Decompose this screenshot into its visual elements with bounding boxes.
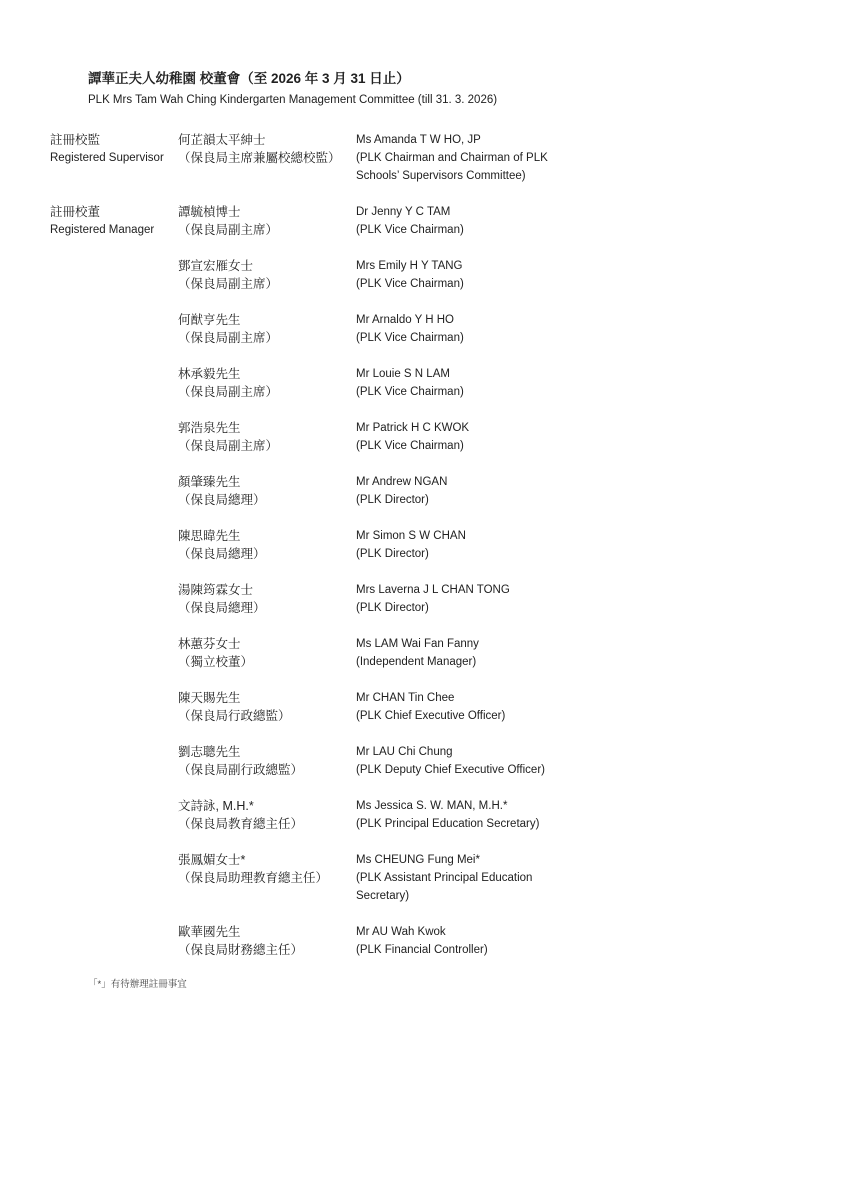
member-post-chinese: （保良局副主席） <box>178 329 356 347</box>
member-english-column: Mrs Laverna J L CHAN TONG(PLK Director) <box>356 581 556 617</box>
member-row: 顏肇臻先生（保良局總理）Mr Andrew NGAN(PLK Director) <box>50 473 790 509</box>
member-post-english: (PLK Vice Chairman) <box>356 383 556 401</box>
member-row: 郭浩泉先生（保良局副主席）Mr Patrick H C KWOK(PLK Vic… <box>50 419 790 455</box>
member-row: 鄧宣宏雁女士（保良局副主席）Mrs Emily H Y TANG(PLK Vic… <box>50 257 790 293</box>
member-post-chinese: （保良局副行政總監） <box>178 761 356 779</box>
member-name-chinese: 何芷韻太平紳士 <box>178 131 356 149</box>
member-english-column: Mr Patrick H C KWOK(PLK Vice Chairman) <box>356 419 556 455</box>
member-row: 何猷亨先生（保良局副主席）Mr Arnaldo Y H HO(PLK Vice … <box>50 311 790 347</box>
member-row: 註冊校董Registered Manager譚毓楨博士（保良局副主席）Dr Je… <box>50 203 790 239</box>
member-chinese-column: 張鳳媚女士*（保良局助理教育總主任） <box>178 851 356 887</box>
member-chinese-column: 顏肇臻先生（保良局總理） <box>178 473 356 509</box>
member-english-column: Mr CHAN Tin Chee(PLK Chief Executive Off… <box>356 689 556 725</box>
member-role-column: 註冊校董Registered Manager <box>50 203 178 239</box>
member-name-english: Ms Amanda T W HO, JP <box>356 131 556 149</box>
member-post-chinese: （保良局總理） <box>178 545 356 563</box>
document-page: 譚華正夫人幼稚園 校董會（至 2026 年 3 月 31 日止） PLK Mrs… <box>0 0 842 1191</box>
member-post-chinese: （保良局副主席） <box>178 383 356 401</box>
member-row: 文詩詠, M.H.*（保良局教育總主任）Ms Jessica S. W. MAN… <box>50 797 790 833</box>
member-english-column: Dr Jenny Y C TAM(PLK Vice Chairman) <box>356 203 556 239</box>
member-post-chinese: （保良局副主席） <box>178 437 356 455</box>
member-post-english: (PLK Assistant Principal Education Secre… <box>356 869 556 905</box>
member-post-english: (PLK Financial Controller) <box>356 941 556 959</box>
member-english-column: Ms CHEUNG Fung Mei*(PLK Assistant Princi… <box>356 851 556 905</box>
member-name-chinese: 湯陳筠霖女士 <box>178 581 356 599</box>
member-post-chinese: （保良局教育總主任） <box>178 815 356 833</box>
member-post-english: (PLK Vice Chairman) <box>356 437 556 455</box>
member-row: 陳天賜先生（保良局行政總監）Mr CHAN Tin Chee(PLK Chief… <box>50 689 790 725</box>
member-english-column: Ms Amanda T W HO, JP(PLK Chairman and Ch… <box>356 131 556 185</box>
member-row: 陳思暐先生（保良局總理）Mr Simon S W CHAN(PLK Direct… <box>50 527 790 563</box>
member-chinese-column: 林承毅先生（保良局副主席） <box>178 365 356 401</box>
member-name-english: Mr LAU Chi Chung <box>356 743 556 761</box>
member-role-english: Registered Manager <box>50 221 178 239</box>
member-post-chinese: （保良局副主席） <box>178 275 356 293</box>
member-role-english: Registered Supervisor <box>50 149 178 167</box>
member-post-chinese: （保良局行政總監） <box>178 707 356 725</box>
member-name-chinese: 顏肇臻先生 <box>178 473 356 491</box>
member-post-chinese: （保良局助理教育總主任） <box>178 869 356 887</box>
member-english-column: Mr Simon S W CHAN(PLK Director) <box>356 527 556 563</box>
member-chinese-column: 何芷韻太平紳士（保良局主席兼屬校總校監） <box>178 131 356 167</box>
committee-member-list: 註冊校監Registered Supervisor何芷韻太平紳士（保良局主席兼屬… <box>50 131 790 959</box>
member-name-chinese: 林承毅先生 <box>178 365 356 383</box>
member-name-chinese: 陳思暐先生 <box>178 527 356 545</box>
member-chinese-column: 陳思暐先生（保良局總理） <box>178 527 356 563</box>
member-name-chinese: 何猷亨先生 <box>178 311 356 329</box>
member-post-english: (PLK Chairman and Chairman of PLK School… <box>356 149 556 185</box>
member-name-chinese: 郭浩泉先生 <box>178 419 356 437</box>
member-name-chinese: 歐華國先生 <box>178 923 356 941</box>
member-row: 林蕙芬女士（獨立校董）Ms LAM Wai Fan Fanny(Independ… <box>50 635 790 671</box>
member-name-chinese: 鄧宣宏雁女士 <box>178 257 356 275</box>
member-name-english: Mr Louie S N LAM <box>356 365 556 383</box>
member-english-column: Ms Jessica S. W. MAN, M.H.*(PLK Principa… <box>356 797 556 833</box>
member-english-column: Mr AU Wah Kwok(PLK Financial Controller) <box>356 923 556 959</box>
member-chinese-column: 劉志聰先生（保良局副行政總監） <box>178 743 356 779</box>
member-name-chinese: 文詩詠, M.H.* <box>178 797 356 815</box>
member-row: 湯陳筠霖女士（保良局總理）Mrs Laverna J L CHAN TONG(P… <box>50 581 790 617</box>
member-name-english: Mr Simon S W CHAN <box>356 527 556 545</box>
member-post-english: (Independent Manager) <box>356 653 556 671</box>
member-post-chinese: （獨立校董） <box>178 653 356 671</box>
member-name-english: Mr Patrick H C KWOK <box>356 419 556 437</box>
member-row: 歐華國先生（保良局財務總主任）Mr AU Wah Kwok(PLK Financ… <box>50 923 790 959</box>
member-english-column: Ms LAM Wai Fan Fanny(Independent Manager… <box>356 635 556 671</box>
member-name-english: Ms Jessica S. W. MAN, M.H.* <box>356 797 556 815</box>
member-post-english: (PLK Chief Executive Officer) <box>356 707 556 725</box>
member-row: 張鳳媚女士*（保良局助理教育總主任）Ms CHEUNG Fung Mei*(PL… <box>50 851 790 905</box>
member-name-english: Dr Jenny Y C TAM <box>356 203 556 221</box>
member-row: 林承毅先生（保良局副主席）Mr Louie S N LAM(PLK Vice C… <box>50 365 790 401</box>
member-name-english: Mr Andrew NGAN <box>356 473 556 491</box>
member-english-column: Mr Louie S N LAM(PLK Vice Chairman) <box>356 365 556 401</box>
member-chinese-column: 陳天賜先生（保良局行政總監） <box>178 689 356 725</box>
member-post-english: (PLK Director) <box>356 599 556 617</box>
member-chinese-column: 鄧宣宏雁女士（保良局副主席） <box>178 257 356 293</box>
page-title-english: PLK Mrs Tam Wah Ching Kindergarten Manag… <box>88 91 790 109</box>
member-role-chinese: 註冊校監 <box>50 131 178 149</box>
document-content: 譚華正夫人幼稚園 校董會（至 2026 年 3 月 31 日止） PLK Mrs… <box>50 70 790 992</box>
member-chinese-column: 文詩詠, M.H.*（保良局教育總主任） <box>178 797 356 833</box>
member-role-chinese: 註冊校董 <box>50 203 178 221</box>
member-chinese-column: 郭浩泉先生（保良局副主席） <box>178 419 356 455</box>
member-chinese-column: 何猷亨先生（保良局副主席） <box>178 311 356 347</box>
member-name-chinese: 劉志聰先生 <box>178 743 356 761</box>
member-post-english: (PLK Principal Education Secretary) <box>356 815 556 833</box>
member-post-english: (PLK Vice Chairman) <box>356 329 556 347</box>
member-post-chinese: （保良局副主席） <box>178 221 356 239</box>
member-name-chinese: 林蕙芬女士 <box>178 635 356 653</box>
member-name-english: Mrs Emily H Y TANG <box>356 257 556 275</box>
member-post-english: (PLK Vice Chairman) <box>356 221 556 239</box>
member-name-english: Ms LAM Wai Fan Fanny <box>356 635 556 653</box>
member-name-english: Ms CHEUNG Fung Mei* <box>356 851 556 869</box>
member-post-english: (PLK Deputy Chief Executive Officer) <box>356 761 556 779</box>
member-post-chinese: （保良局財務總主任） <box>178 941 356 959</box>
member-name-english: Mrs Laverna J L CHAN TONG <box>356 581 556 599</box>
member-chinese-column: 湯陳筠霖女士（保良局總理） <box>178 581 356 617</box>
member-name-chinese: 譚毓楨博士 <box>178 203 356 221</box>
page-title-chinese: 譚華正夫人幼稚園 校董會（至 2026 年 3 月 31 日止） <box>88 70 790 88</box>
member-post-english: (PLK Director) <box>356 491 556 509</box>
member-name-english: Mr CHAN Tin Chee <box>356 689 556 707</box>
member-post-english: (PLK Vice Chairman) <box>356 275 556 293</box>
member-name-chinese: 陳天賜先生 <box>178 689 356 707</box>
member-english-column: Mr LAU Chi Chung(PLK Deputy Chief Execut… <box>356 743 556 779</box>
member-role-column: 註冊校監Registered Supervisor <box>50 131 178 167</box>
member-name-english: Mr AU Wah Kwok <box>356 923 556 941</box>
member-english-column: Mrs Emily H Y TANG(PLK Vice Chairman) <box>356 257 556 293</box>
member-chinese-column: 林蕙芬女士（獨立校董） <box>178 635 356 671</box>
member-chinese-column: 譚毓楨博士（保良局副主席） <box>178 203 356 239</box>
member-chinese-column: 歐華國先生（保良局財務總主任） <box>178 923 356 959</box>
member-english-column: Mr Arnaldo Y H HO(PLK Vice Chairman) <box>356 311 556 347</box>
footnote: 「*」有待辦理註冊事宜 <box>88 978 790 992</box>
member-row: 註冊校監Registered Supervisor何芷韻太平紳士（保良局主席兼屬… <box>50 131 790 185</box>
member-post-chinese: （保良局主席兼屬校總校監） <box>178 149 356 167</box>
member-name-english: Mr Arnaldo Y H HO <box>356 311 556 329</box>
member-row: 劉志聰先生（保良局副行政總監）Mr LAU Chi Chung(PLK Depu… <box>50 743 790 779</box>
member-post-english: (PLK Director) <box>356 545 556 563</box>
member-name-chinese: 張鳳媚女士* <box>178 851 356 869</box>
member-english-column: Mr Andrew NGAN(PLK Director) <box>356 473 556 509</box>
member-post-chinese: （保良局總理） <box>178 599 356 617</box>
member-post-chinese: （保良局總理） <box>178 491 356 509</box>
document-header: 譚華正夫人幼稚園 校董會（至 2026 年 3 月 31 日止） PLK Mrs… <box>88 70 790 109</box>
